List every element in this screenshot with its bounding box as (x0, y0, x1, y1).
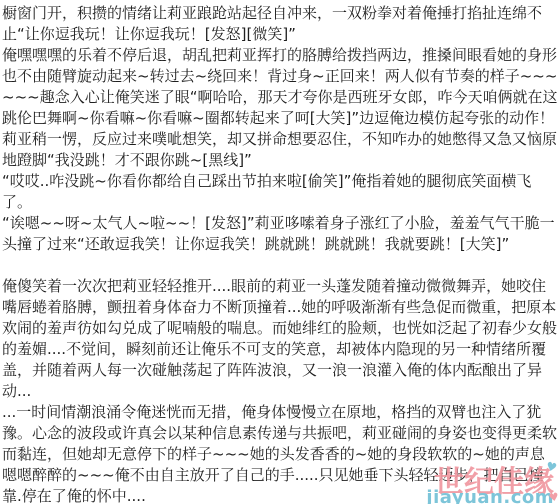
story-paragraph: 俺嘿嘿嘿的乐着不停后退，胡乱把莉亚挥打的胳膊给拨挡两边，推搡间眼看她的身形也不由… (2, 45, 558, 129)
story-paragraph: 橱窗门开，积攒的情绪让莉亚踉跄站起径自冲来，一双粉拳对着俺捶打掐扯连绵不止“让你… (2, 3, 558, 45)
story-paragraph: 莉亚稍一愣，反应过来噗呲想笑，却又拼命想要忍住，不知咋办的她憋得又急又恼原地蹬脚… (2, 129, 558, 171)
story-paragraph: “诶嗯~~呀~太气人~啦~~！[发怒]”莉亚哆嗦着身子涨红了小脸，羞羞气气干脆一… (2, 213, 558, 255)
story-paragraph: 俺傻笑着一次次把莉亚轻轻推开....眼前的莉亚一头蓬发随着撞动微微舞弄，她咬住嘴… (2, 276, 558, 402)
story-paragraph: “哎哎..咋没跳~你看你都给自己踩出节拍来啦[偷笑]”俺指着她的腿彻底笑面横飞了… (2, 171, 558, 213)
story-paragraph: ...一时间情潮浪涌令俺迷恍而无措，俺身体慢慢立在原地，格挡的双臂也注入了犹豫。… (2, 402, 558, 504)
story-text: 橱窗门开，积攒的情绪让莉亚踉跄站起径自冲来，一双粉拳对着俺捶打掐扯连绵不止“让你… (0, 0, 560, 504)
story-page: 橱窗门开，积攒的情绪让莉亚踉跄站起径自冲来，一双粉拳对着俺捶打掐扯连绵不止“让你… (0, 0, 560, 504)
